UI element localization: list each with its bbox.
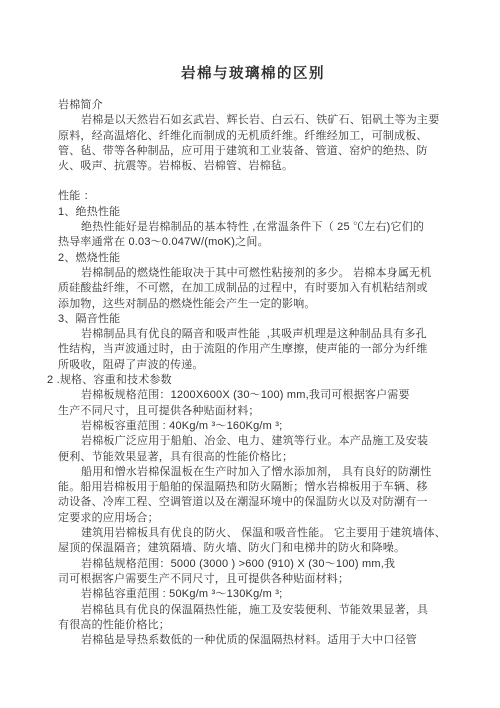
text-line: 建筑用岩棉板具有优良的防火、 保温和吸音性能。 它主要用于建筑墙体、 [58, 526, 448, 541]
text-line: 2、燃烧性能 [58, 251, 448, 266]
text-line: 管、毡、带等各种制品，应可用于建筑和工业装备、管道、窑炉的绝热、防 [58, 144, 448, 159]
text-line: 生产不同尺寸，且可提供各种贴面材料； [58, 404, 448, 419]
text-line: 3、隔音性能 [58, 312, 448, 327]
text-line: 火、吸声、抗震等。岩棉板、岩棉管、岩棉毡。 [58, 159, 448, 174]
text-line: 能。船用岩棉板用于船舶的保温隔热和防火隔断；憎水岩棉板用于车辆、移 [58, 480, 448, 495]
text-line: 岩棉毡是导热系数低的一种优质的保温隔热材料。适用于大中口径管 [58, 633, 448, 648]
text-line: 热导率通常在 0.03～0.047W/(moK)之间。 [58, 235, 448, 250]
text-line: 岩棉简介 [58, 98, 448, 113]
text-line: 岩棉板广泛应用于船舶、冶金、电力、建筑等行业。本产品施工及安装 [58, 434, 448, 449]
text-line: 原料，经高温熔化、纤维化而制成的无机质纤维。纤维经加工，可制成板、 [58, 129, 448, 144]
text-line: 2 .规格、容重和技术参数 [47, 373, 448, 388]
text-line: 司可根据客户需要生产不同尺寸，且可提供各种贴面材料； [58, 572, 448, 587]
text-line: 岩棉板容重范围 : 40Kg/m ³～160Kg/m ³; [58, 419, 448, 434]
text-line: 定要求的应用场合； [58, 511, 448, 526]
text-line: 1、绝热性能 [58, 205, 448, 220]
text-line: 屋顶的保温隔音；建筑隔墙、防火墙、防火门和电梯井的防火和降噪。 [58, 541, 448, 556]
document-title: 岩棉与玻璃棉的区别 [58, 62, 448, 83]
text-line: 岩棉毡容重范围 : 50Kg/m ³～130Kg/m ³; [58, 587, 448, 602]
document-body: 岩棉简介岩棉是以天然岩石如玄武岩、辉长岩、白云石、铁矿石、铝矾土等为主要原料，经… [58, 98, 448, 648]
text-line: 所吸收，阻碍了声波的传递。 [58, 358, 448, 373]
document-page: 岩棉与玻璃棉的区别 岩棉简介岩棉是以天然岩石如玄武岩、辉长岩、白云石、铁矿石、铝… [0, 0, 500, 708]
text-line: 岩棉制品的燃烧性能取决于其中可燃性粘接剂的多少。 岩棉本身属无机 [58, 266, 448, 281]
text-line: 质硅酸盐纤维，不可燃，在加工成制品的过程中，有时要加入有机粘结剂或 [58, 281, 448, 296]
text-line: 岩棉板规格范围：1200X600X (30～100) mm,我司可根据客户需要 [58, 388, 448, 403]
text-line: 有很高的性能价格比； [58, 618, 448, 633]
text-line: 性能 ： [58, 189, 448, 204]
text-line: 船用和憎水岩棉保温板在生产时加入了憎水添加剂， 具有良好的防潮性 [58, 465, 448, 480]
text-line: 岩棉是以天然岩石如玄武岩、辉长岩、白云石、铁矿石、铝矾土等为主要 [58, 113, 448, 128]
text-line: 岩棉制品具有优良的隔音和吸声性能 ,其吸声机理是这种制品具有多孔 [58, 327, 448, 342]
text-line: 岩棉毡规格范围：5000 (3000 ) >600 (910) X (30～10… [58, 557, 448, 572]
text-line: 便利、节能效果显著，具有很高的性能价格比； [58, 450, 448, 465]
text-line: 性结构，当声波通过时，由于流阻的作用产生摩擦，使声能的一部分为纤维 [58, 342, 448, 357]
text-line: 添加物，这些对制品的燃烧性能会产生一定的影响。 [58, 297, 448, 312]
text-line: 动设备、冷库工程、空调管道以及在潮湿环境中的保温防火以及对防潮有一 [58, 495, 448, 510]
text-line: 岩棉毡具有优良的保温隔热性能，施工及安装便利、节能效果显著，具 [58, 603, 448, 618]
text-line: 绝热性能好是岩棉制品的基本特性 ,在常温条件下（ 25 ℃左右)它们的 [58, 220, 448, 235]
